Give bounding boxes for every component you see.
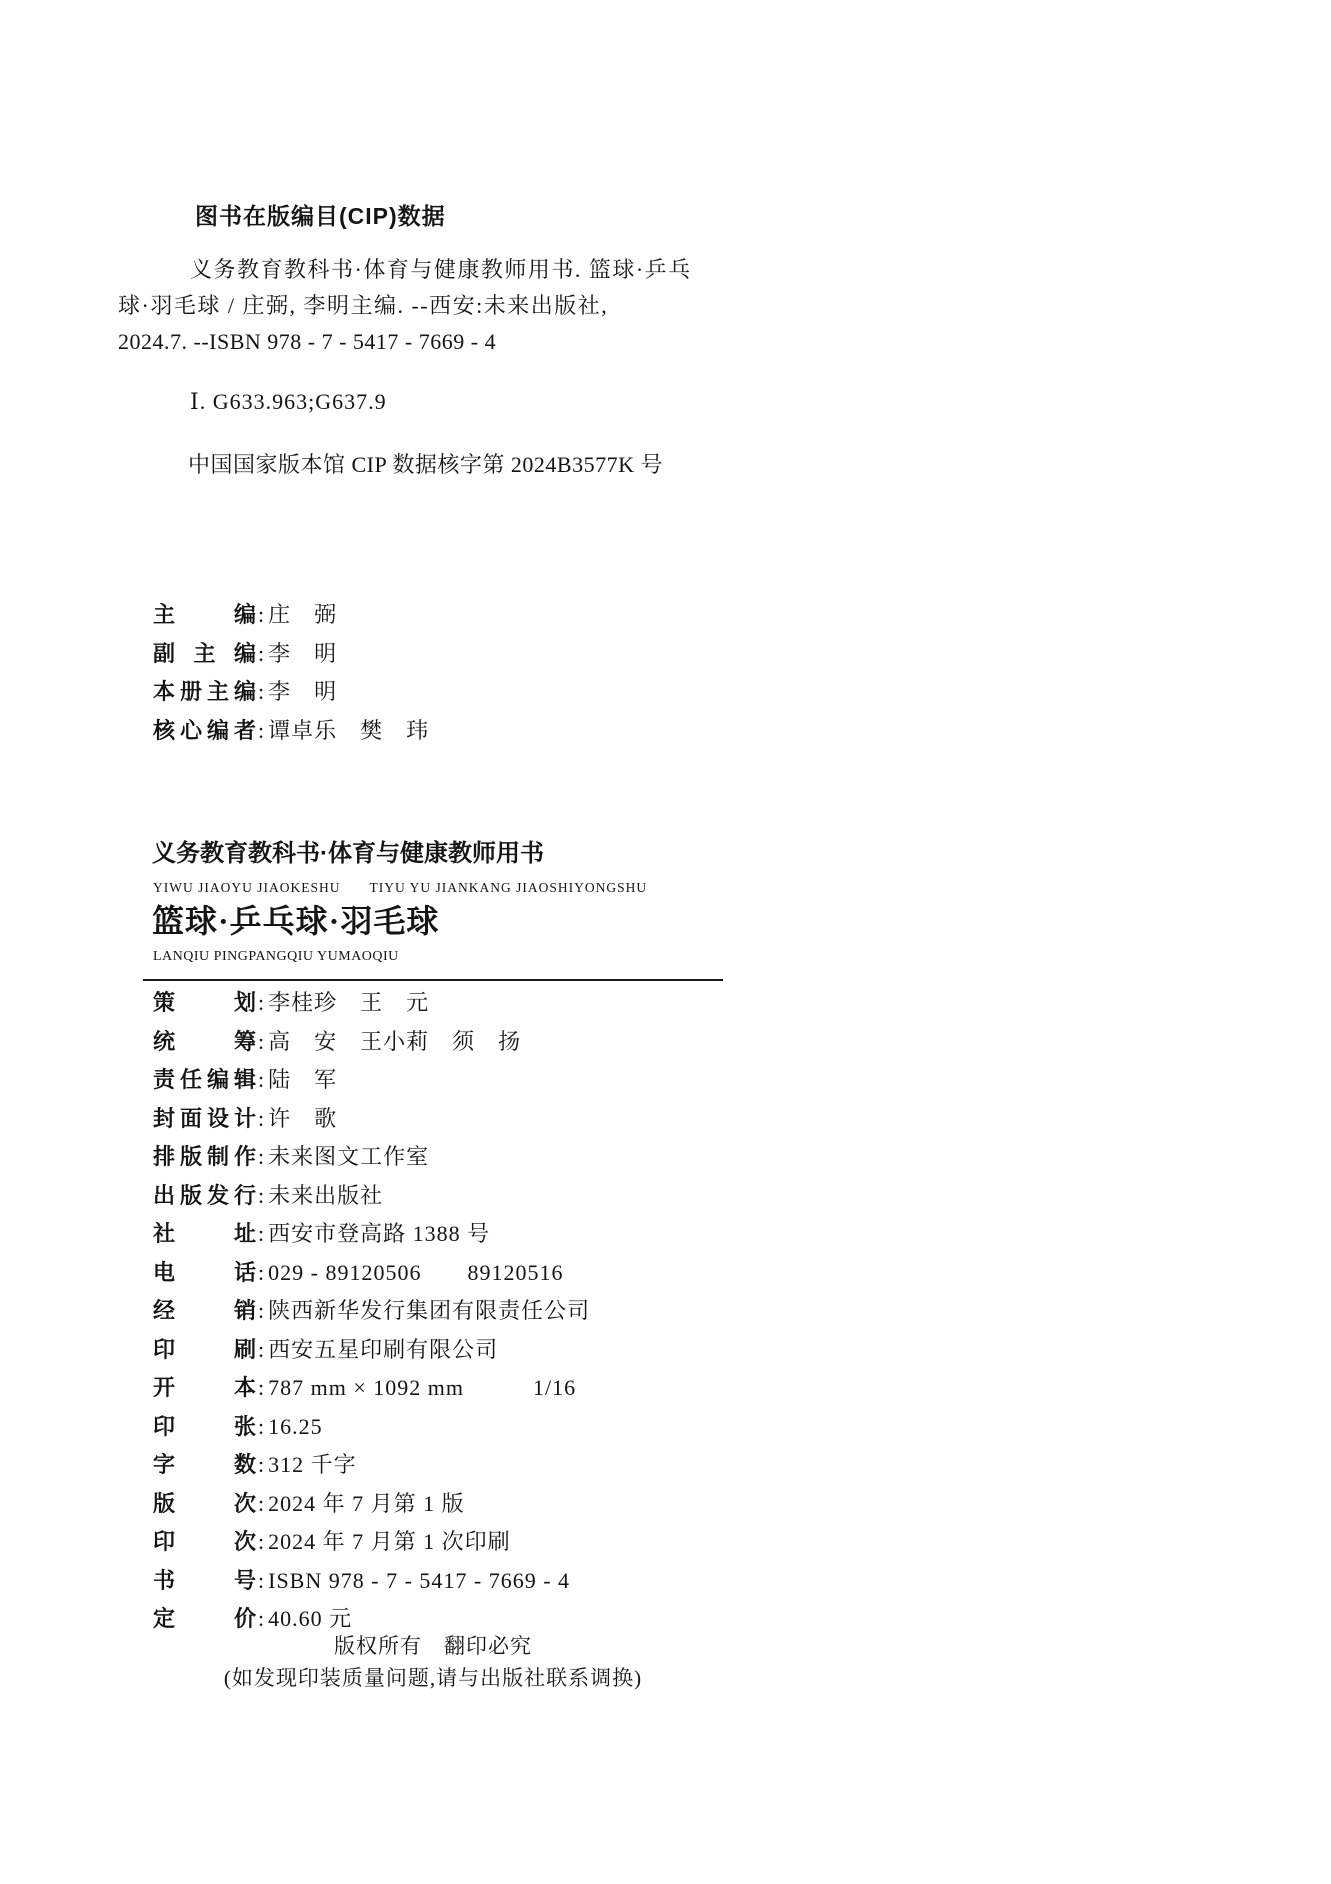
label-colon: : [256,990,268,1015]
publication-label: 印刷 [153,1333,256,1364]
label-colon: : [256,1529,268,1554]
publication-value: 40.60 元 [268,1606,352,1631]
editor-role-label: 主编 [153,598,256,629]
publication-row: 经销:陕西新华发行集团有限责任公司 [153,1294,590,1333]
label-colon: : [256,1067,268,1092]
publication-label: 排版制作 [153,1140,256,1171]
publication-value: 陕西新华发行集团有限责任公司 [268,1298,590,1323]
publication-value: 787 mm × 1092 mm 1/16 [268,1375,576,1400]
publication-row: 统筹:高 安 王小莉 须 扬 [153,1025,590,1064]
series-title: 义务教育教科书·体育与健康教师用书 [152,833,544,868]
editor-row: 本册主编:李 明 [153,675,429,714]
cip-record-number: 中国国家版本馆 CIP 数据核字第 2024B3577K 号 [188,448,663,479]
cip-heading: 图书在版编目(CIP)数据 [195,198,446,231]
copyright-notice: 版权所有 翻印必究 [143,1630,723,1660]
cip-description-line: 球·羽毛球 / 庄弼, 李明主编. --西安:未来出版社, [118,288,778,324]
editor-name: 李 明 [268,679,337,704]
editor-row: 副主编:李 明 [153,637,429,676]
publication-label: 经销 [153,1294,256,1325]
publication-value: 312 千字 [268,1452,357,1477]
editor-role-label: 副主编 [153,637,256,668]
label-colon: : [256,1260,268,1285]
publication-row: 策划:李桂珍 王 元 [153,986,590,1025]
publication-label: 版次 [153,1487,256,1518]
publication-label: 策划 [153,986,256,1017]
publication-row: 责任编辑:陆 军 [153,1063,590,1102]
label-colon: : [256,1452,268,1477]
label-colon: : [256,641,268,666]
publication-label: 责任编辑 [153,1063,256,1094]
label-colon: : [256,1221,268,1246]
publication-row: 电话:029 - 89120506 89120516 [153,1256,590,1295]
publication-value: 高 安 王小莉 须 扬 [268,1029,521,1054]
publication-details-block: 策划:李桂珍 王 元 统筹:高 安 王小莉 须 扬 责任编辑:陆 军 封面设计:… [153,986,590,1641]
label-colon: : [256,1144,268,1169]
publication-row: 开本:787 mm × 1092 mm 1/16 [153,1371,590,1410]
publication-row: 印张:16.25 [153,1410,590,1449]
label-colon: : [256,602,268,627]
cip-classification: Ⅰ. G633.963;G637.9 [190,389,387,415]
publication-value: 陆 军 [268,1067,337,1092]
publication-label: 书号 [153,1564,256,1595]
publication-label: 封面设计 [153,1102,256,1133]
publication-value: 西安市登高路 1388 号 [268,1221,490,1246]
publication-row: 书号:ISBN 978 - 7 - 5417 - 7669 - 4 [153,1564,590,1603]
publication-row: 出版发行:未来出版社 [153,1179,590,1218]
publication-value: 许 歌 [268,1106,337,1131]
publication-label: 印张 [153,1410,256,1441]
quality-exchange-note: (如发现印装质量问题,请与出版社联系调换) [143,1662,723,1692]
publication-label: 开本 [153,1371,256,1402]
editor-name: 庄 弼 [268,602,337,627]
publication-label: 电话 [153,1256,256,1287]
publication-value: 未来图文工作室 [268,1144,429,1169]
publication-value: 未来出版社 [268,1183,383,1208]
editor-row: 主编:庄 弼 [153,598,429,637]
publication-label: 社址 [153,1217,256,1248]
publication-row: 印刷:西安五星印刷有限公司 [153,1333,590,1372]
label-colon: : [256,1337,268,1362]
book-title-pinyin: LANQIU PINGPANGQIU YUMAOQIU [153,949,399,965]
series-title-pinyin: YIWU JIAOYU JIAOKESHU TIYU YU JIANKANG J… [153,876,647,896]
publication-row: 封面设计:许 歌 [153,1102,590,1141]
label-colon: : [256,679,268,704]
label-colon: : [256,1029,268,1054]
editor-name: 李 明 [268,641,337,666]
editor-name: 谭卓乐 樊 玮 [268,718,429,743]
publication-value: 李桂珍 王 元 [268,990,429,1015]
publication-value: 029 - 89120506 89120516 [268,1260,563,1285]
label-colon: : [256,1491,268,1516]
publication-value: 16.25 [268,1414,323,1439]
colophon-page: 图书在版编目(CIP)数据 义务教育教科书·体育与健康教师用书. 篮球·乒乓 球… [0,0,1331,1884]
cip-description: 义务教育教科书·体育与健康教师用书. 篮球·乒乓 球·羽毛球 / 庄弼, 李明主… [118,252,778,360]
label-colon: : [256,1606,268,1631]
publication-row: 字数:312 千字 [153,1448,590,1487]
publication-label: 统筹 [153,1025,256,1056]
label-colon: : [256,1106,268,1131]
editor-role-label: 核心编者 [153,714,256,745]
publication-row: 版次:2024 年 7 月第 1 版 [153,1487,590,1526]
publication-label: 字数 [153,1448,256,1479]
book-title: 篮球·乒乓球·羽毛球 [152,896,439,942]
label-colon: : [256,718,268,743]
publication-value: ISBN 978 - 7 - 5417 - 7669 - 4 [268,1568,570,1593]
publication-value: 2024 年 7 月第 1 次印刷 [268,1529,511,1554]
label-colon: : [256,1298,268,1323]
publication-row: 印次:2024 年 7 月第 1 次印刷 [153,1525,590,1564]
publication-label: 印次 [153,1525,256,1556]
label-colon: : [256,1375,268,1400]
cip-description-line: 义务教育教科书·体育与健康教师用书. 篮球·乒乓 [118,252,778,288]
publication-label: 出版发行 [153,1179,256,1210]
editor-role-label: 本册主编 [153,675,256,706]
publication-label: 定价 [153,1602,256,1633]
publication-row: 社址:西安市登高路 1388 号 [153,1217,590,1256]
label-colon: : [256,1568,268,1593]
label-colon: : [256,1183,268,1208]
publication-value: 2024 年 7 月第 1 版 [268,1491,465,1516]
title-divider-rule [143,979,723,981]
editors-block: 主编:庄 弼 副主编:李 明 本册主编:李 明 核心编者:谭卓乐 樊 玮 [153,598,429,752]
cip-description-line: 2024.7. --ISBN 978 - 7 - 5417 - 7669 - 4 [118,324,778,360]
publication-value: 西安五星印刷有限公司 [268,1337,498,1362]
label-colon: : [256,1414,268,1439]
publication-row: 排版制作:未来图文工作室 [153,1140,590,1179]
editor-row: 核心编者:谭卓乐 樊 玮 [153,714,429,753]
